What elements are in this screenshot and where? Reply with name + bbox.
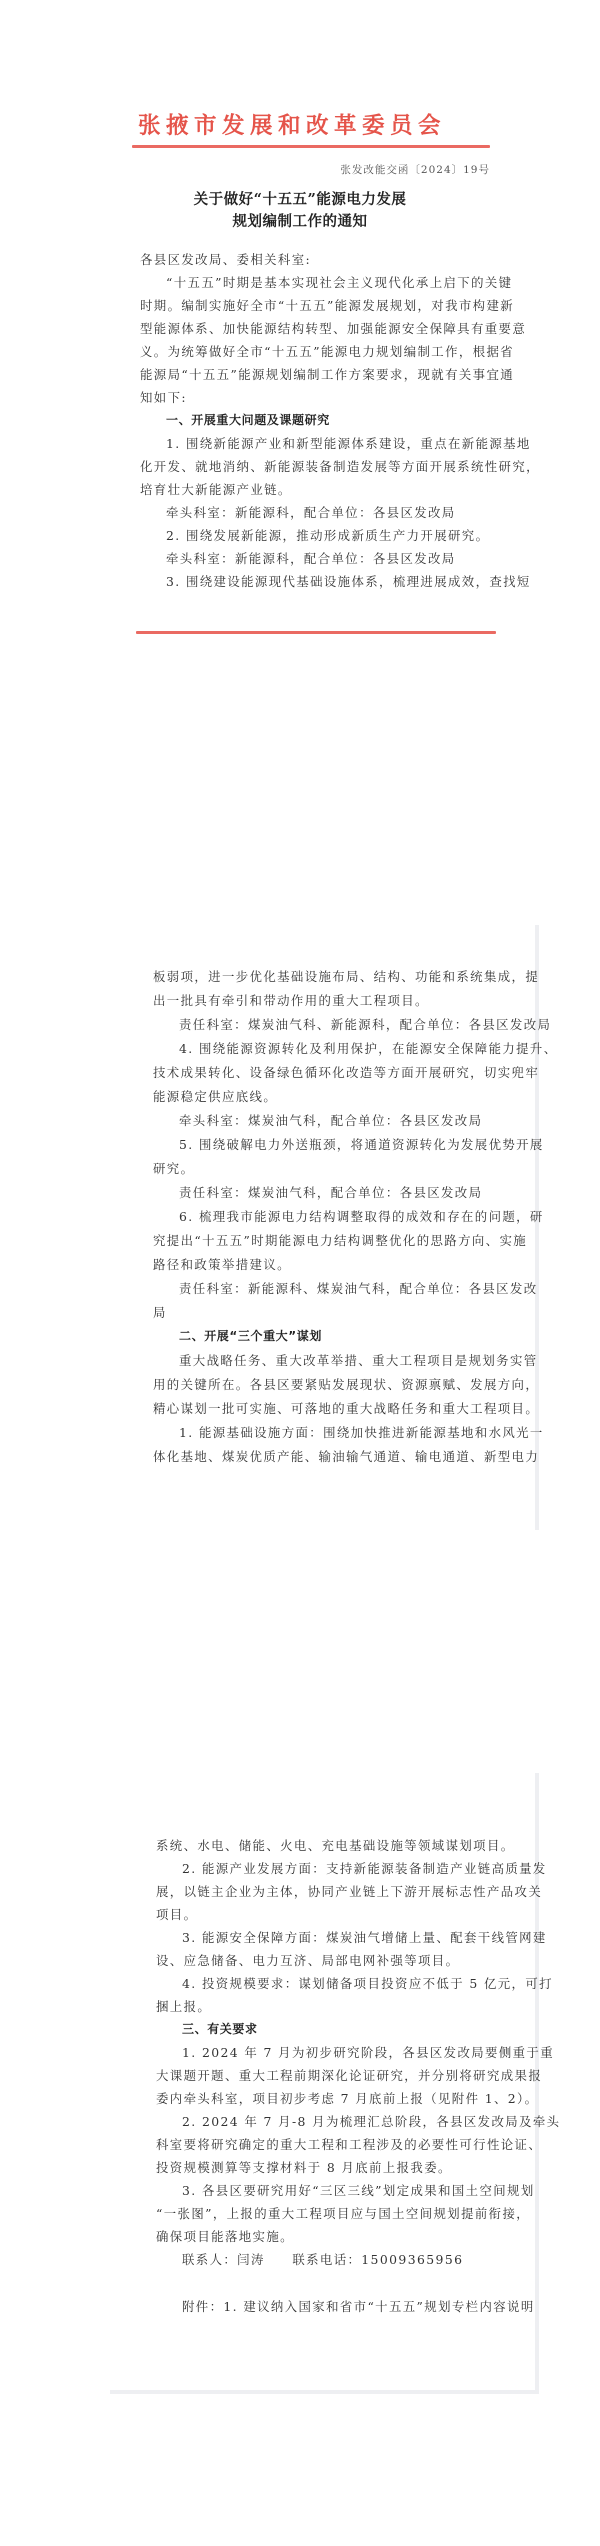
paragraph-line: 能源局“十五五”能源规划编制工作方案要求，现就有关事宜通 bbox=[140, 365, 514, 383]
paragraph-line: 知如下: bbox=[140, 388, 187, 406]
paragraph-line: 1. 围绕新能源产业和新型能源体系建设，重点在新能源基地 bbox=[140, 434, 531, 452]
paragraph-line: 用的关键所在。各县区要紧贴发展现状、资源禀赋、发展方向， bbox=[153, 1375, 539, 1393]
paragraph-line: 2. 能源产业发展方面：支持新能源装备制造产业链高质量发 bbox=[156, 1859, 547, 1877]
paragraph-line: 设、应急储备、电力互济、局部电网补强等项目。 bbox=[156, 1951, 459, 1969]
paragraph-line: 出一批具有牵引和带动作用的重大工程项目。 bbox=[153, 991, 429, 1009]
paragraph-line: 板弱项，进一步优化基础设施布局、结构、功能和系统集成，提 bbox=[153, 967, 539, 985]
salutation: 各县区发改局、委相关科室: bbox=[140, 250, 311, 268]
responsible-office-line: 责任科室：煤炭油气科，配合单位：各县区发改局 bbox=[153, 1183, 482, 1201]
responsible-office-line: 牵头科室：新能源科，配合单位：各县区发改局 bbox=[140, 549, 456, 567]
document-number: 张发改能交函〔2024〕19号 bbox=[340, 162, 490, 177]
paragraph-line: 展，以链主企业为主体，协同产业链上下游开展标志性产品攻关 bbox=[156, 1882, 542, 1900]
responsible-office-line: 责任科室：新能源科、煤炭油气科，配合单位：各县区发改 bbox=[153, 1279, 538, 1297]
paragraph-line: 4. 投资规模要求：谋划储备项目投资应不低于 5 亿元，可打 bbox=[156, 1974, 553, 1992]
paragraph-line: 6. 梳理我市能源电力结构调整取得的成效和存在的问题，研 bbox=[153, 1207, 544, 1225]
document-title-line-1: 关于做好“十五五”能源电力发展 bbox=[0, 188, 600, 209]
paragraph-line: 3. 围绕建设能源现代基础设施体系，梳理进展成效，查找短 bbox=[140, 572, 531, 590]
paragraph-line: 3. 各县区要研究用好“三区三线”划定成果和国土空间规划 bbox=[156, 2181, 535, 2199]
paragraph-line: 确保项目能落地实施。 bbox=[156, 2227, 294, 2245]
red-footer-rule bbox=[136, 631, 496, 634]
responsible-office-line: 牵头科室：煤炭油气科，配合单位：各县区发改局 bbox=[153, 1111, 482, 1129]
paragraph-line: “一张图”，上报的重大工程项目应与国土空间规划提前衔接， bbox=[156, 2204, 530, 2222]
paragraph-line: 捆上报。 bbox=[156, 1997, 211, 2015]
paragraph-line: 能源稳定供应底线。 bbox=[153, 1087, 277, 1105]
responsible-office-line: 牵头科室：新能源科，配合单位：各县区发改局 bbox=[140, 503, 456, 521]
paragraph-line: “十五五”时期是基本实现社会主义现代化承上启下的关键 bbox=[140, 273, 512, 291]
document-page-1: 张掖市发展和改革委员会 张发改能交函〔2024〕19号 关于做好“十五五”能源电… bbox=[0, 0, 600, 620]
paragraph-line: 科室要将研究确定的重大工程和工程涉及的必要性可行性论证、 bbox=[156, 2135, 542, 2153]
paragraph-line: 精心谋划一批可实施、可落地的重大战略任务和重大工程项目。 bbox=[153, 1399, 539, 1417]
paragraph-line: 技术成果转化、设备绿色循环化改造等方面开展研究，切实兜牢 bbox=[153, 1063, 539, 1081]
paragraph-line: 项目。 bbox=[156, 1905, 197, 1923]
paragraph-line: 4. 围绕能源资源转化及利用保护，在能源安全保障能力提升、 bbox=[153, 1039, 558, 1057]
document-page-2: 板弱项，进一步优化基础设施布局、结构、功能和系统集成，提 出一批具有牵引和带动作… bbox=[80, 925, 539, 1530]
paragraph-line: 系统、水电、储能、火电、充电基础设施等领域谋划项目。 bbox=[156, 1836, 515, 1854]
red-header-rule bbox=[132, 145, 490, 148]
paragraph-line: 型能源体系、加快能源结构转型、加强能源安全保障具有重要意 bbox=[140, 319, 526, 337]
paragraph-line: 委内牵头科室，项目初步考虑 7 月底前上报（见附件 1、2）。 bbox=[156, 2089, 538, 2107]
paragraph-line: 3. 能源安全保障方面：煤炭油气增储上量、配套干线管网建 bbox=[156, 1928, 547, 1946]
paragraph-line: 投资规模测算等支撑材料于 8 月底前上报我委。 bbox=[156, 2158, 452, 2176]
paragraph-line: 2. 2024 年 7 月-8 月为梳理汇总阶段，各县区发改局及牵头 bbox=[156, 2112, 560, 2130]
section-heading-1: 一、开展重大问题及课题研究 bbox=[140, 411, 330, 428]
paragraph-line: 5. 围绕破解电力外送瓶颈，将通道资源转化为发展优势开展 bbox=[153, 1135, 544, 1153]
paragraph-line: 时期。编制实施好全市“十五五”能源发展规划，对我市构建新 bbox=[140, 296, 514, 314]
document-title-line-2: 规划编制工作的通知 bbox=[0, 210, 600, 231]
section-heading-2: 二、开展“三个重大”谋划 bbox=[153, 1327, 322, 1344]
document-page-3: 系统、水电、储能、火电、充电基础设施等领域谋划项目。 2. 能源产业发展方面：支… bbox=[110, 1773, 539, 2394]
section-heading-3: 三、有关要求 bbox=[156, 2020, 258, 2037]
issuer-masthead: 张掖市发展和改革委员会 bbox=[138, 108, 446, 140]
paragraph-line: 路径和政策举措建议。 bbox=[153, 1255, 291, 1273]
attachment-line: 附件：1. 建议纳入国家和省市“十五五”规划专栏内容说明 bbox=[156, 2297, 535, 2315]
contact-line: 联系人：闫涛 联系电话：15009365956 bbox=[156, 2250, 463, 2268]
paragraph-line: 1. 2024 年 7 月为初步研究阶段，各县区发改局要侧重于重 bbox=[156, 2043, 554, 2061]
paragraph-line: 2. 围绕发展新能源，推动形成新质生产力开展研究。 bbox=[140, 526, 489, 544]
paragraph-line: 义。为统筹做好全市“十五五”能源电力规划编制工作，根据省 bbox=[140, 342, 514, 360]
paragraph-line: 培育壮大新能源产业链。 bbox=[140, 480, 292, 498]
paragraph-line: 重大战略任务、重大改革举措、重大工程项目是规划务实管 bbox=[153, 1351, 538, 1369]
paragraph-line: 究提出“十五五”时期能源电力结构调整优化的思路方向、实施 bbox=[153, 1231, 527, 1249]
responsible-office-line: 责任科室：煤炭油气科、新能源科，配合单位：各县区发改局 bbox=[153, 1015, 551, 1033]
paragraph-line: 体化基地、煤炭优质产能、输油输气通道、输电通道、新型电力 bbox=[153, 1447, 539, 1465]
paragraph-line: 1. 能源基础设施方面：围绕加快推进新能源基地和水风光一 bbox=[153, 1423, 544, 1441]
paragraph-line: 化开发、就地消纳、新能源装备制造发展等方面开展系统性研究， bbox=[140, 457, 540, 475]
paragraph-line: 局 bbox=[153, 1303, 167, 1321]
paragraph-line: 大课题开题、重大工程前期深化论证研究，并分别将研究成果报 bbox=[156, 2066, 542, 2084]
paragraph-line: 研究。 bbox=[153, 1159, 194, 1177]
